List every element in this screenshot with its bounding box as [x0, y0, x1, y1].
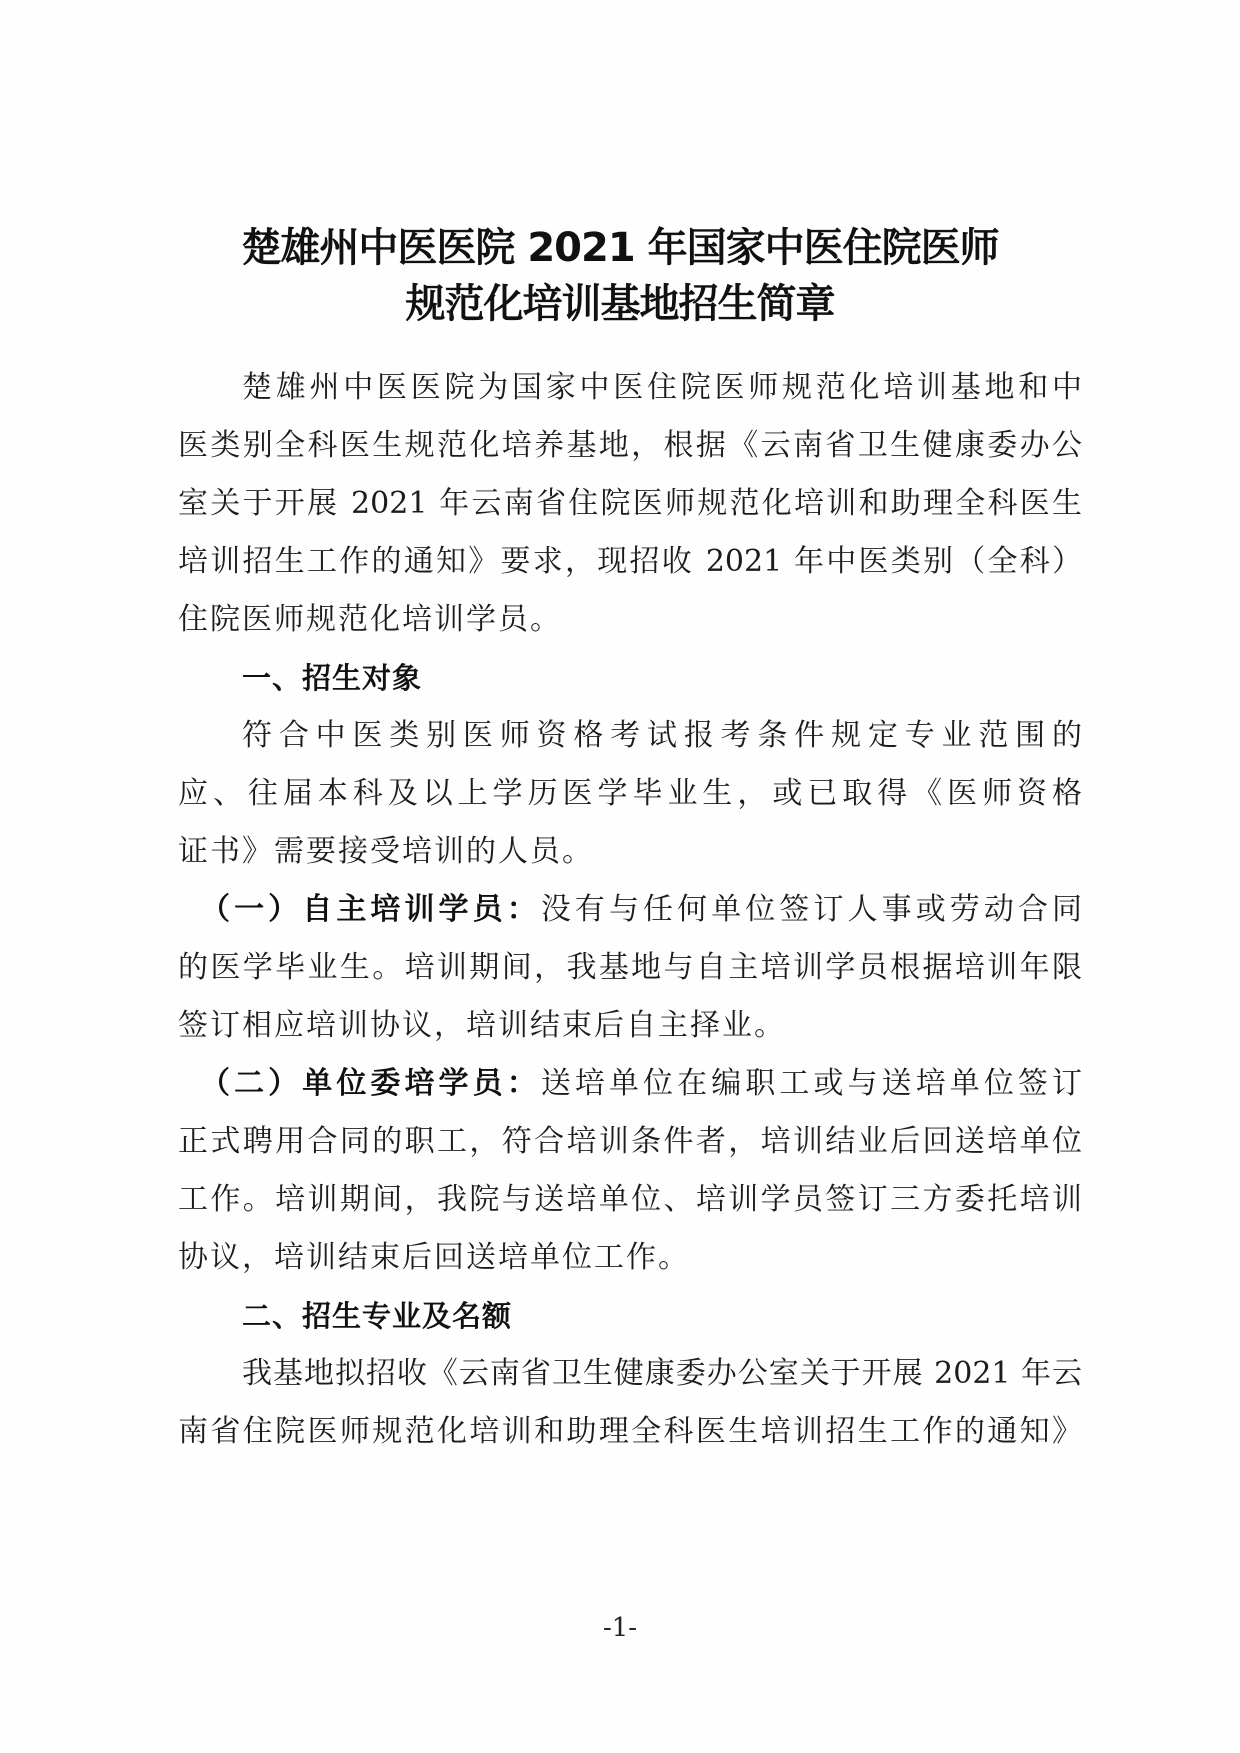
sub1-first-line-text: 没有与任何单位签订人事或劳动合同: [541, 892, 1082, 927]
section1-line: 证书》需要接受培训的人员。: [178, 832, 1082, 872]
intro-line: 室关于开展 2021 年云南省住院医师规范化培训和助理全科医生: [178, 484, 1082, 524]
section-heading-specialties-quota: 二、招生专业及名额: [242, 1296, 512, 1336]
sub2-first-line-text: 送培单位在编职工或与送培单位签订: [541, 1066, 1082, 1101]
section2-line: 南省住院医师规范化培训和助理全科医生培训招生工作的通知》: [178, 1412, 1082, 1452]
sub2-lead: （二）单位委培学员：: [200, 1066, 541, 1101]
document-title-line-1: 楚雄州中医医院 2021 年国家中医住院医师: [0, 222, 1240, 274]
section1-line: 应、往届本科及以上学历医学毕业生，或已取得《医师资格: [178, 774, 1082, 814]
intro-line: 培训招生工作的通知》要求，现招收 2021 年中医类别（全科）: [178, 542, 1082, 582]
page-number: -1-: [0, 1612, 1240, 1644]
section2-line: 我基地拟招收《云南省卫生健康委办公室关于开展 2021 年云: [242, 1354, 1082, 1394]
sub2-line: 正式聘用合同的职工，符合培训条件者，培训结业后回送培单位: [178, 1122, 1082, 1162]
sub1-line: 签订相应培训协议，培训结束后自主择业。: [178, 1006, 1082, 1046]
intro-line: 医类别全科医生规范化培养基地，根据《云南省卫生健康委办公: [178, 426, 1082, 466]
sub1-lead: （一）自主培训学员：: [200, 892, 541, 927]
sub1-line: 的医学毕业生。培训期间，我基地与自主培训学员根据培训年限: [178, 948, 1082, 988]
section1-line: 符合中医类别医师资格考试报考条件规定专业范围的: [242, 716, 1082, 756]
sub2-line: 协议，培训结束后回送培单位工作。: [178, 1238, 1082, 1278]
intro-line: 楚雄州中医医院为国家中医住院医师规范化培训基地和中: [242, 368, 1082, 408]
sub2-line: 工作。培训期间，我院与送培单位、培训学员签订三方委托培训: [178, 1180, 1082, 1220]
sub1-first-line: （一）自主培训学员：没有与任何单位签订人事或劳动合同: [200, 890, 1082, 930]
document-title-line-2: 规范化培训基地招生简章: [0, 278, 1240, 330]
section-heading-recruitment-targets: 一、招生对象: [242, 658, 422, 698]
document-page: 楚雄州中医医院 2021 年国家中医住院医师 规范化培训基地招生简章 楚雄州中医…: [0, 0, 1240, 1753]
sub2-first-line: （二）单位委培学员：送培单位在编职工或与送培单位签订: [200, 1064, 1082, 1104]
intro-line: 住院医师规范化培训学员。: [178, 600, 1082, 640]
